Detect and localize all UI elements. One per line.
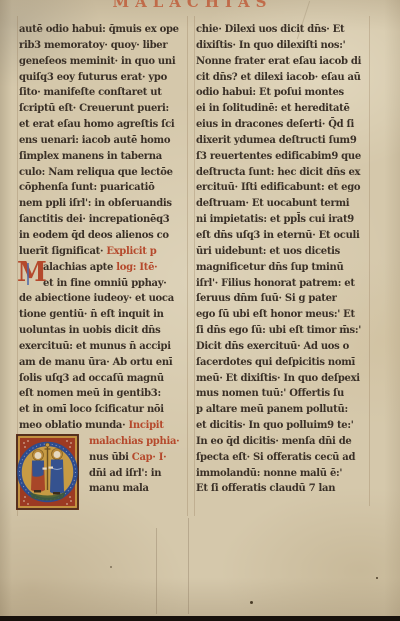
text-line: magnificetur dn̄s ſup tminū (196, 260, 376, 276)
body-text: meo oblatio munda· (19, 420, 128, 431)
body-text: et dicitis· In quo polluim9 te:' (196, 420, 353, 431)
body-text: meū· Et dixiſtis· In quo deſpexi (196, 373, 360, 384)
body-text: ſeruus dn̄m ſuū· Si g pater (196, 293, 337, 304)
body-text: dixiſtis· In quo dilexiſti nos:' (196, 40, 345, 51)
body-text: culo: Nam reliqua que lectōe (19, 167, 173, 178)
text-line: ſ3 reuertentes edificabim9 que (196, 149, 376, 165)
prologue-initial-m: M (17, 258, 41, 290)
text-line: exercituū: et munus n̄ accipi (19, 339, 193, 355)
text-line: ūri uidebunt: et uos dicetis (196, 244, 376, 260)
body-text: cit dn̄s? et dilexi iacob· eſau aū (196, 72, 361, 83)
parchment-speck (250, 601, 253, 604)
body-text: deſtructa ſunt: hec dicit dn̄s ex (196, 167, 360, 178)
body-text: eſt nomen meū in gentib3: (19, 388, 161, 399)
body-text: cōphenſa ſunt: puaricatiō (19, 182, 155, 193)
body-text: et in omī loco ſcificatur nōi (19, 404, 164, 415)
body-text: am de manu ūra· Ab ortu enī (19, 357, 172, 368)
body-text: manu mala (89, 483, 149, 494)
body-text: Nonne frater erat eſau iacob di (196, 56, 361, 67)
rubric-text: Incipit (128, 420, 163, 431)
text-line: ſolis uſq3 ad occaſū magnū (19, 371, 193, 387)
text-line: ſacerdotes qui deſpicitis nomī (196, 355, 376, 371)
parchment-crease (188, 518, 189, 614)
text-line: meo oblatio munda· Incipit (19, 418, 193, 434)
body-text: ſi dn̄s ego ſū: ubi eſt timor m̄s:' (196, 325, 361, 336)
body-text: iſrl'· Filius honorat patrem: et (196, 278, 355, 289)
text-line: dixiſtis· In quo dilexiſti nos:' (196, 38, 376, 54)
body-text: ſanctitis dei· increpationēq3 (19, 214, 169, 225)
parchment-crease (156, 528, 157, 614)
text-line: nem ppli iſrl': in obſeruandis (19, 196, 193, 212)
text-line: meū· Et dixiſtis· In quo deſpexi (196, 371, 376, 387)
body-text: ſpecta eſt· Si offeratis cecū ad (196, 452, 355, 463)
body-text: quiſq3 eoy futurus erat· ypo (19, 72, 167, 83)
body-text: geneſeos meminit· in quo uni (19, 56, 175, 67)
text-line: in eodem q̄d deos alienos co (19, 228, 193, 244)
text-line: quiſq3 eoy futurus erat· ypo (19, 70, 193, 86)
running-title: MALACHIAS (105, 0, 280, 11)
body-text: ſito· manifeſte conſtaret ut (19, 87, 162, 98)
text-line: ens uenari: iacob autē homo (19, 133, 193, 149)
body-text: ni impietatis: et ppl̄s cui irat9 (196, 214, 354, 225)
body-text: ſolis uſq3 ad occaſū magnū (19, 373, 164, 384)
text-line: et in omī loco ſcificatur nōi (19, 402, 193, 418)
blue-robe (50, 460, 64, 495)
body-text: ens uenari: iacob autē homo (19, 135, 170, 146)
body-text: In eo q̄d dicitis· menſa dn̄i de (196, 436, 351, 447)
body-text: tione gentiū· n̄ eſt inquit in (19, 309, 164, 320)
text-line: Dicit dn̄s exercituū· Ad uos o (196, 339, 376, 355)
body-text: dixerit ydumea deſtructi ſum9 (196, 135, 356, 146)
historiated-initial-o (16, 434, 79, 510)
text-line: eſt dn̄s uſq3 in eternū· Et oculi (196, 228, 376, 244)
text-line: geneſeos meminit· in quo uni (19, 54, 193, 70)
text-line: Nonne frater erat eſau iacob di (196, 54, 376, 70)
body-text: eſt dn̄s uſq3 in eternū· Et oculi (196, 230, 360, 241)
body-text: luerīt ſignificat· (19, 246, 106, 257)
text-line: ſanctitis dei· increpationēq3 (19, 212, 193, 228)
ruling-line (194, 16, 195, 516)
rubric-text: malachias pphia· (89, 436, 179, 447)
body-text: deſtruam· Et uocabunt termi (196, 198, 349, 209)
text-line: et dicitis· In quo polluim9 te:' (196, 418, 376, 434)
body-text: dn̄i ad iſrl': in (89, 468, 161, 479)
text-line: culo: Nam reliqua que lectōe (19, 165, 193, 181)
text-line: ſeruus dn̄m ſuū· Si g pater (196, 291, 376, 307)
text-line: eſt nomen meū in gentib3: (19, 386, 193, 402)
rubric-text: Explicit p (106, 246, 156, 257)
text-line: In eo q̄d dicitis· menſa dn̄i de (196, 434, 376, 450)
text-line: am de manu ūra· Ab ortu enī (19, 355, 193, 371)
body-text: ei in ſolitudinē: et hereditatē (196, 103, 350, 114)
body-text: odio habui: Et poſui montes (196, 87, 344, 98)
text-line: ſcriptū eſt· Creuerunt pueri: (19, 101, 193, 117)
text-line: cōphenſa ſunt: puaricatiō (19, 180, 193, 196)
body-text: et in fine omniū pphay· (43, 278, 166, 289)
text-line: tione gentiū· n̄ eſt inquit in (19, 307, 193, 323)
body-text: nus ūbi (89, 452, 132, 463)
body-text: ſacerdotes qui deſpicitis nomī (196, 357, 355, 368)
text-line: p altare meū panem pollutū: (196, 402, 376, 418)
text-line: et erat eſau homo agreſtis ſci (19, 117, 193, 133)
blue-mantle (32, 461, 44, 477)
body-text: autē odio habui: q̄muis ex ope (19, 24, 179, 35)
body-text: alachias apte (43, 262, 116, 273)
body-text: uoluntas in uobis dicit dn̄s (19, 325, 160, 336)
right-column: chie· Dilexi uos dicit dn̄s· Etdixiſtis·… (196, 22, 376, 497)
body-text: eius in dracones deſerti· Q̄d ſi (196, 119, 354, 130)
text-line: immolandū: nonne malū ē:' (196, 466, 376, 482)
body-text: ūri uidebunt: et uos dicetis (196, 246, 340, 257)
text-line: ni impietatis: et ppl̄s cui irat9 (196, 212, 376, 228)
text-line: odio habui: Et poſui montes (196, 85, 376, 101)
body-text: nem ppli iſrl': in obſeruandis (19, 198, 172, 209)
text-line: ſpecta eſt· Si offeratis cecū ad (196, 450, 376, 466)
text-line: ſimplex manens in taberna (19, 149, 193, 165)
body-text: et erat eſau homo agreſtis ſci (19, 119, 174, 130)
text-line: iſrl'· Filius honorat patrem: et (196, 276, 376, 292)
text-line: dixerit ydumea deſtructi ſum9 (196, 133, 376, 149)
body-text: ſ3 reuertentes edificabim9 que (196, 151, 361, 162)
body-text: in eodem q̄d deos alienos co (19, 230, 169, 241)
body-text: mus nomen tuū:' Offertis ſu (196, 388, 344, 399)
body-text: exercituū: et munus n̄ accipi (19, 341, 171, 352)
text-line: autē odio habui: q̄muis ex ope (19, 22, 193, 38)
text-line: chie· Dilexi uos dicit dn̄s· Et (196, 22, 376, 38)
text-line: mus nomen tuū:' Offertis ſu (196, 386, 376, 402)
body-text: p altare meū panem pollutū: (196, 404, 348, 415)
text-line: ei in ſolitudinē: et hereditatē (196, 101, 376, 117)
text-line: deſtructa ſunt: hec dicit dn̄s ex (196, 165, 376, 181)
text-line: de abiectione iudeoy· et uoca (19, 291, 193, 307)
text-line: ſito· manifeſte conſtaret ut (19, 85, 193, 101)
body-text: ſimplex manens in taberna (19, 151, 162, 162)
body-text: de abiectione iudeoy· et uoca (19, 293, 174, 304)
text-line: eius in dracones deſerti· Q̄d ſi (196, 117, 376, 133)
parchment-speck (376, 577, 378, 579)
photo-bottom-edge (0, 616, 400, 621)
body-text: rib3 memoratoy· quoy· liber (19, 40, 167, 51)
body-text: chie· Dilexi uos dicit dn̄s· Et (196, 24, 344, 35)
text-line: Et ſi offeratis claudū 7 lan (196, 481, 376, 497)
rubric-text: Cap· I· (132, 452, 166, 463)
text-line: uoluntas in uobis dicit dn̄s (19, 323, 193, 339)
rubric-text: log: Itē· (116, 262, 157, 273)
body-text: Et ſi offeratis claudū 7 lan (196, 483, 335, 494)
manuscript-page: MALACHIAS autē odio habui: q̄muis ex ope… (0, 0, 400, 621)
text-line: ego ſū ubi eſt honor meus:' Et (196, 307, 376, 323)
text-line: ercituū· Iſti edificabunt: et ego (196, 180, 376, 196)
body-text: magnificetur dn̄s ſup tminū (196, 262, 343, 273)
text-line: rib3 memoratoy· quoy· liber (19, 38, 193, 54)
body-text: ſcriptū eſt· Creuerunt pueri: (19, 103, 169, 114)
body-text: immolandū: nonne malū ē:' (196, 468, 342, 479)
parchment-speck (110, 566, 112, 568)
body-text: Dicit dn̄s exercituū· Ad uos o (196, 341, 349, 352)
body-text: ego ſū ubi eſt honor meus:' Et (196, 309, 355, 320)
text-line: cit dn̄s? et dilexi iacob· eſau aū (196, 70, 376, 86)
body-text: ercituū· Iſti edificabunt: et ego (196, 182, 360, 193)
text-line: ſi dn̄s ego ſū: ubi eſt timor m̄s:' (196, 323, 376, 339)
text-line: deſtruam· Et uocabunt termi (196, 196, 376, 212)
